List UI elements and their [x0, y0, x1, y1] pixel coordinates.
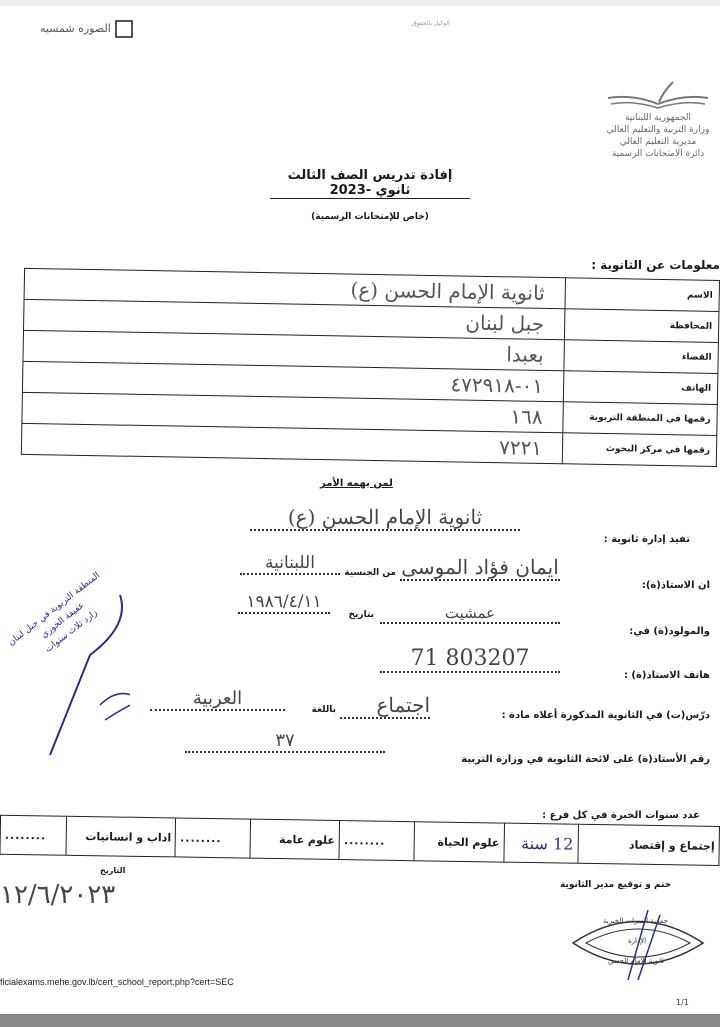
school-info-table: ثانوية الإمام الحسن (ع)الاسم جبل لبنانال…: [21, 268, 720, 467]
page-number: 1/1: [676, 998, 689, 1007]
to-whom-it-may-concern: لمن يهمه الأمر: [320, 478, 393, 489]
birthdate-label: بتاريخ: [330, 610, 374, 620]
branch-value-life-sciences: ........: [339, 821, 414, 861]
research-center-number-label: رقمها في مركز البحوث: [562, 433, 717, 467]
date-value: ١٢/٦/٢٠٢٣: [0, 880, 115, 910]
experience-table: إجتماع و إقتصاد 12 سنة علوم الحياة .....…: [0, 815, 720, 866]
source-url: ficialexams.mehe.gov.lb/cert_school_repo…: [0, 977, 234, 987]
scan-top-edge: [0, 0, 720, 6]
document-title: إفادة تدريس الصف الثالث ثانوي -2023: [270, 168, 470, 199]
table-row: إجتماع و إقتصاد 12 سنة علوم الحياة .....…: [0, 815, 719, 865]
school-admin-label: تفيد إدارة ثانوية :: [560, 534, 690, 545]
date-label: التاريخ: [100, 866, 125, 875]
language-value: العربية: [150, 688, 285, 711]
branch-value-general-sciences: ........: [175, 818, 250, 858]
birthplace-label: والمولود(ة) في:: [610, 626, 710, 637]
registry-number-value: ٣٧: [185, 730, 385, 753]
region-number-label: رقمها في المنطقة التربوية: [563, 402, 718, 436]
document-subtitle: (خاص للإمتحانات الرسمية): [300, 212, 440, 222]
governorate-label: المحافظة: [564, 309, 719, 343]
scan-bottom-edge: [0, 1014, 720, 1027]
birthdate-value: ١٩٨٦/٤/١١: [238, 592, 330, 614]
open-book-quill-icon: [603, 80, 713, 112]
branch-value-social-economics: 12 سنة: [504, 823, 579, 863]
nationality-value: اللبنانية: [240, 553, 340, 575]
top-center-note: الوكيل بالحقوق: [412, 20, 450, 27]
branch-label-general-sciences: علوم عامة: [250, 819, 340, 859]
top-left-stamp-text: الصوره شمسيه: [40, 22, 111, 35]
nationality-label: من الجنسية: [340, 568, 396, 578]
school-info-heading: معلومات عن الثانوية :: [520, 258, 720, 272]
experience-heading: عدد سنوات الخبرة في كل فرع :: [500, 810, 700, 821]
subject-label: درّس(ت) في الثانوية المذكورة أعلاه مادة …: [480, 710, 710, 721]
school-admin-value: ثانوية الإمام الحسن (ع): [250, 505, 520, 531]
branch-label-life-sciences: علوم الحياة: [414, 822, 504, 862]
stamp-box-icon: [115, 20, 133, 38]
inspector-signature-icon: [30, 585, 130, 765]
birthplace-value: عمشيت: [380, 604, 560, 624]
teacher-phone-value: 71 803207: [380, 646, 560, 673]
branch-label-humanities: اداب و انسانيات: [66, 816, 176, 857]
branch-value-humanities: ........: [0, 815, 67, 855]
ministry-name: الجمهورية اللبنانية وزارة التربية والتعل…: [598, 112, 718, 160]
principal-signature-label: ختم و توقيع مدير الثانوية: [560, 880, 671, 890]
teacher-label: ان الاستاذ(ة):: [600, 580, 710, 591]
subject-value: اجتماع: [340, 693, 430, 719]
top-left-stamp: الصوره شمسيه: [40, 20, 133, 38]
phone-label: الهاتف: [563, 371, 718, 405]
district-label: القضاء: [564, 340, 719, 374]
teacher-phone-label: هاتف الاستاذ(ة) :: [600, 670, 710, 681]
language-label: باللغة: [290, 705, 336, 715]
registry-number-label: رقم الأستاذ(ة) على لائحة الثانوية في وزا…: [460, 754, 710, 765]
teacher-name-value: ايمان فؤاد الموسى: [400, 555, 560, 581]
school-stamp: جمعية المبرات الخيرية الإدارة ثانوية الإ…: [568, 905, 708, 980]
school-name-label: الاسم: [565, 278, 720, 312]
ministry-logo: الجمهورية اللبنانية وزارة التربية والتعل…: [598, 80, 718, 160]
branch-label-social-economics: إجتماع و إقتصاد: [578, 824, 720, 865]
